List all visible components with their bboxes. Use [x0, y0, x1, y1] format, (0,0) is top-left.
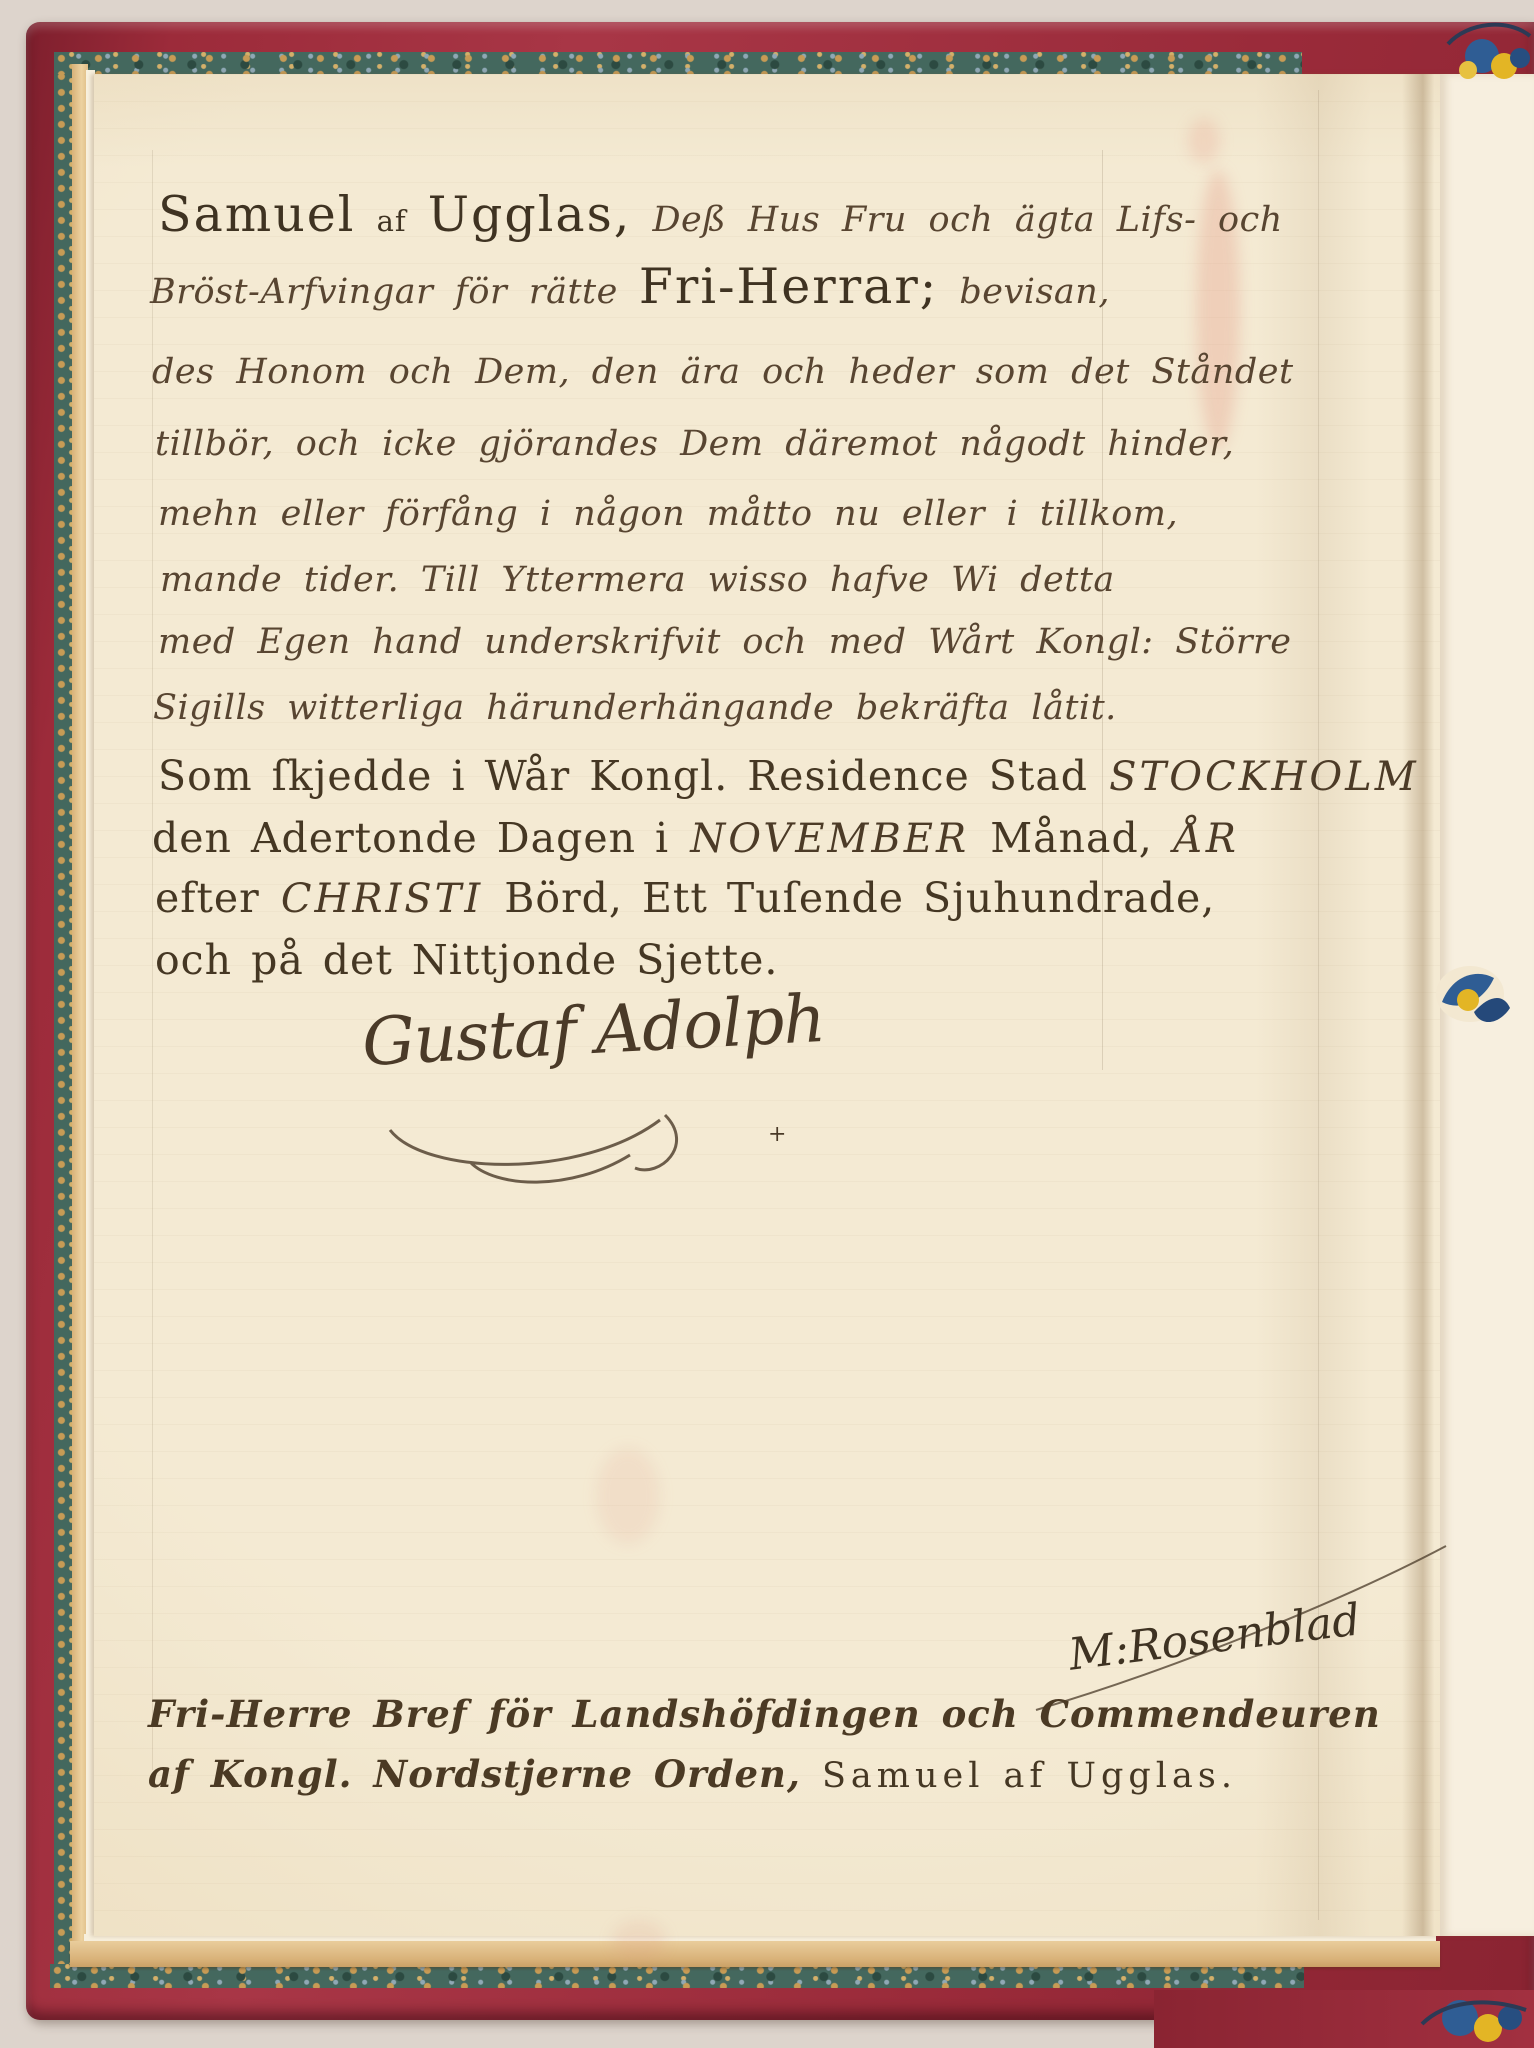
seal-cord-icon [1424, 942, 1516, 1046]
ink-stain [596, 1448, 660, 1544]
marbled-endpaper-bottom [50, 1964, 1304, 1988]
docket-line-2: af Kongl. Nordstjerne Orden, Samuel af U… [148, 1752, 1237, 1796]
signature-cross-mark: + [768, 1122, 786, 1147]
manuscript-line-11: efter CHRISTI Börd, Ett Tuſende Sjuhundr… [155, 874, 1215, 922]
cursive-text: Sigills witterliga härunderhängande bekr… [153, 688, 1117, 728]
cursive-text: Bröst-Arfvingar för rätte [150, 272, 618, 312]
cursive-text: tillbör, och icke gjörandes Dem däremot … [155, 424, 1234, 464]
manuscript-line-9: Som ſkjedde i Wår Kongl. Residence Stad … [158, 752, 1419, 800]
docket-line-1: Fri-Herre Bref för Landshöfdingen och Co… [148, 1692, 1381, 1736]
cursive-text: med Egen hand underskrifvit och med Wårt… [158, 622, 1292, 662]
cursive-text: mande tider. Till Yttermera wisso hafve … [160, 560, 1115, 600]
manuscript-line-3: des Honom och Dem, den ära och heder som… [152, 352, 1294, 392]
manuscript-line-5: mehn eller förfång i någon måtto nu elle… [158, 494, 1178, 534]
word-christi: CHRISTI [281, 876, 483, 922]
month-november: NOVEMBER [690, 816, 969, 862]
name-samuel: Samuel [158, 186, 355, 243]
manuscript-line-8: Sigills witterliga härunderhängande bekr… [153, 688, 1117, 728]
cursive-text: Deß Hus Fru och ägta Lifs- och [652, 200, 1282, 240]
bookmark-tassel-bottom-icon [1414, 1984, 1534, 2048]
word-ar: ÅR [1174, 816, 1239, 862]
manuscript-line-7: med Egen hand underskrifvit och med Wårt… [158, 622, 1292, 662]
manuscript-line-1: Samuel af Ugglas, Deß Hus Fru och ägta L… [158, 186, 1283, 243]
title-friherrar: Fri-Herrar; [639, 258, 938, 315]
place-stockholm: STOCKHOLM [1109, 754, 1419, 800]
cursive-text: bevisan, [959, 272, 1110, 312]
docket-text: af Kongl. Nordstjerne Orden, [148, 1752, 801, 1796]
cursive-text: des Honom och Dem, den ära och heder som… [152, 352, 1294, 392]
particle-af: af [377, 204, 407, 238]
docket-text: Fri-Herre Bref för Landshöfdingen och Co… [148, 1692, 1381, 1736]
ink-stain [1188, 118, 1220, 164]
dateline-text: Som ſkjedde i Wår Kongl. Residence Stad [158, 752, 1088, 800]
marbled-endpaper-left [54, 54, 74, 1978]
docket-name: Samuel af Ugglas. [822, 1756, 1237, 1796]
ink-stain [612, 1920, 666, 1960]
bookmark-tassel-top-icon [1438, 14, 1534, 96]
manuscript-line-10: den Adertonde Dagen i NOVEMBER Månad, ÅR [152, 814, 1239, 862]
page-block-edge-bottom [70, 1941, 1440, 1967]
dateline-text: Månad, [990, 814, 1153, 862]
dateline-text: Börd, Ett Tuſende Sjuhundrade, [504, 874, 1215, 922]
manuscript-line-4: tillbör, och icke gjörandes Dem däremot … [155, 424, 1234, 464]
manuscript-line-2: Bröst-Arfvingar för rätte Fri-Herrar; be… [150, 258, 1110, 315]
margin-rule-line [152, 150, 153, 1770]
marbled-endpaper-top [54, 52, 1302, 74]
manuscript-line-6: mande tider. Till Yttermera wisso hafve … [160, 560, 1115, 600]
dateline-text: den Adertonde Dagen i [152, 814, 669, 862]
dateline-text: efter [155, 874, 260, 922]
scanned-book-page: Samuel af Ugglas, Deß Hus Fru och ägta L… [0, 0, 1534, 2048]
cursive-text: mehn eller förfång i någon måtto nu elle… [158, 494, 1178, 534]
name-ugglas: Ugglas, [428, 186, 632, 243]
